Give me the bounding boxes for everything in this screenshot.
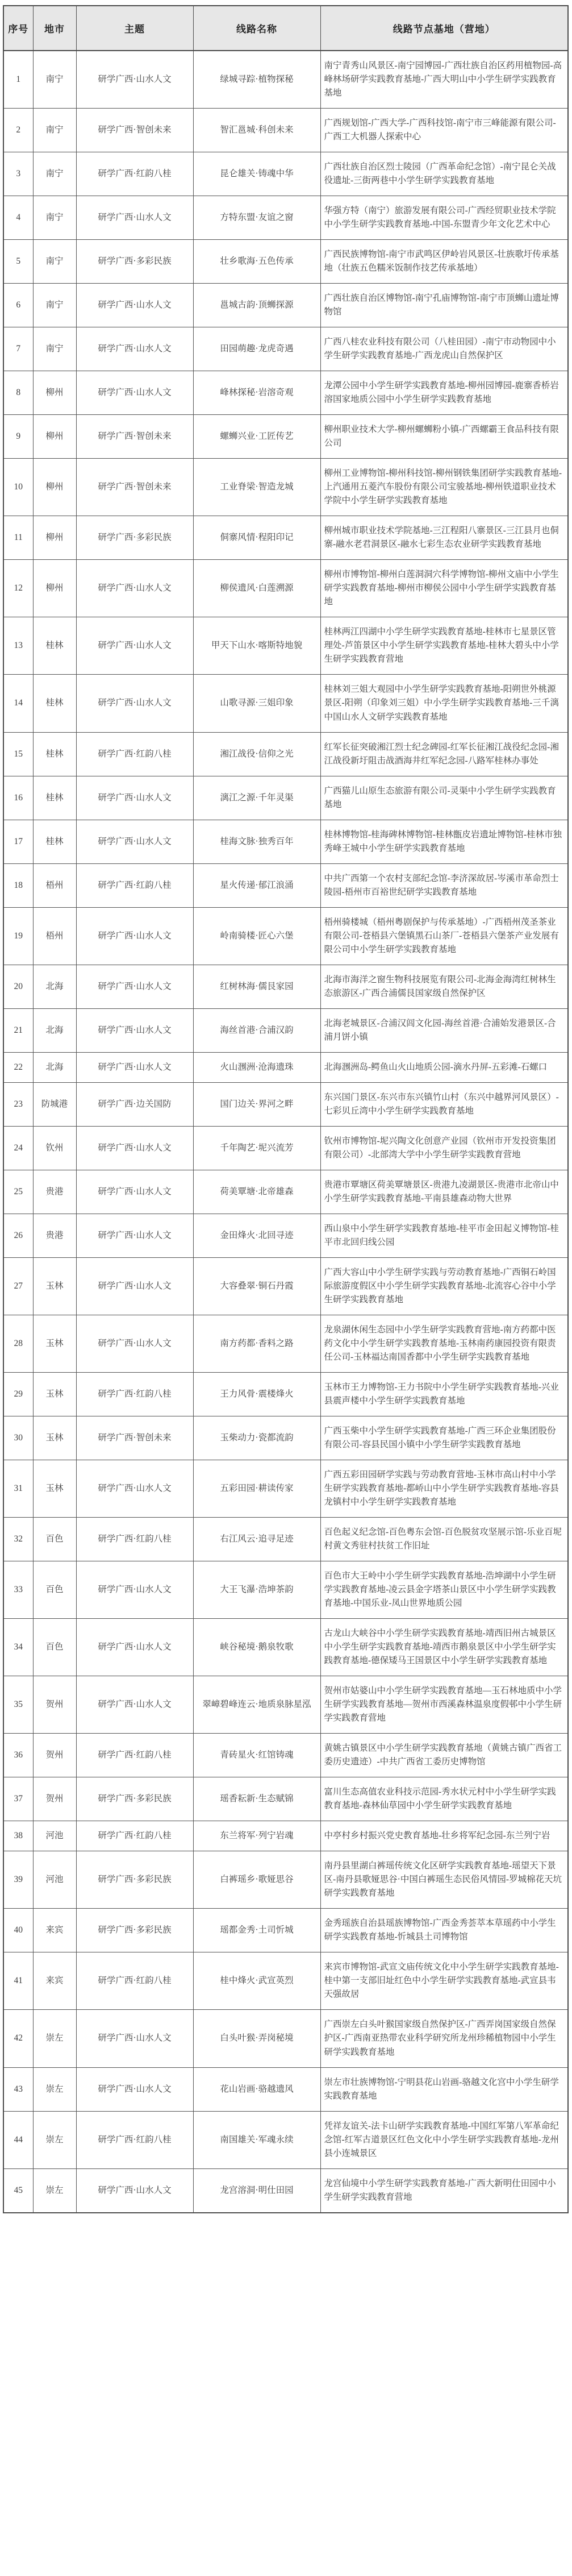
page: 序号 地市 主题 线路名称 线路节点基地（营地） 1 南宁 研学广西·山水人文 … [0, 0, 572, 2218]
bases-cell: 柳州市博物馆-柳州白莲洞洞穴科学博物馆-柳州文庙中小学生研学实践教育基地-柳州市… [320, 560, 568, 617]
bases-cell: 广西壮族自治区博物馆-南宁孔庙博物馆-南宁市顶蛳山遗址博物馆 [320, 284, 568, 327]
route-name-cell: 螺蛳兴业·工匠传艺 [193, 415, 320, 459]
theme-cell: 研学广西·山水人文 [76, 2010, 193, 2067]
city-cell: 河池 [33, 1851, 76, 1909]
row-number-cell: 45 [3, 2168, 33, 2213]
row-number-cell: 12 [3, 560, 33, 617]
column-header-theme: 主题 [76, 6, 193, 51]
table-row: 29 玉林 研学广西·红韵八桂 王力风骨·震楼烽火 玉林市王力博物馆-王力书院中… [3, 1372, 568, 1416]
route-name-cell: 瑶香耘新·生态赋锦 [193, 1777, 320, 1821]
row-number-cell: 1 [3, 51, 33, 109]
row-number-cell: 3 [3, 152, 33, 196]
city-cell: 玉林 [33, 1257, 76, 1315]
route-name-cell: 岭南骑楼·匠心六堡 [193, 907, 320, 965]
bases-cell: 广西大容山中小学生研学实践与劳动教育基地-广西铜石岭国际旅游度假区中小学生研学实… [320, 1257, 568, 1315]
bases-cell: 桂林刘三姐大观园中小学生研学实践教育基地-阳朔世外桃源景区-阳朔（印象刘三姐）中… [320, 675, 568, 732]
bases-cell: 贺州市姑婆山中小学生研学实践教育基地—玉石林地质中小学生研学实践教育基地—贺州市… [320, 1676, 568, 1734]
theme-cell: 研学广西·山水人文 [76, 1214, 193, 1257]
theme-cell: 研学广西·红韵八桂 [76, 863, 193, 907]
table-row: 37 贺州 研学广西·多彩民族 瑶香耘新·生态赋锦 富川生态高值农业科技示范园-… [3, 1777, 568, 1821]
route-name-cell: 工业脊梁·智造龙城 [193, 459, 320, 516]
theme-cell: 研学广西·红韵八桂 [76, 1518, 193, 1561]
row-number-cell: 20 [3, 965, 33, 1008]
row-number-cell: 9 [3, 415, 33, 459]
city-cell: 桂林 [33, 617, 76, 675]
route-name-cell: 右江风云·追寻足迹 [193, 1518, 320, 1561]
row-number-cell: 36 [3, 1734, 33, 1777]
table-row: 34 百色 研学广西·山水人文 峡谷秘境·鹅泉牧歌 古龙山大峡谷中小学生研学实践… [3, 1619, 568, 1676]
row-number-cell: 17 [3, 820, 33, 863]
header-row: 序号 地市 主题 线路名称 线路节点基地（营地） [3, 6, 568, 51]
route-name-cell: 王力风骨·震楼烽火 [193, 1372, 320, 1416]
theme-cell: 研学广西·边关国防 [76, 1082, 193, 1126]
row-number-cell: 43 [3, 2067, 33, 2111]
row-number-cell: 15 [3, 732, 33, 776]
route-name-cell: 玉柴动力·瓷都流韵 [193, 1416, 320, 1460]
row-number-cell: 16 [3, 776, 33, 820]
city-cell: 崇左 [33, 2111, 76, 2168]
row-number-cell: 11 [3, 516, 33, 560]
table-row: 42 崇左 研学广西·山水人文 白头叶猴·弄岗秘境 广西崇左白头叶猴国家级自然保… [3, 2010, 568, 2067]
theme-cell: 研学广西·山水人文 [76, 617, 193, 675]
table-row: 11 柳州 研学广西·多彩民族 侗寨风情·程阳印记 柳州城市职业技术学院基地-三… [3, 516, 568, 560]
theme-cell: 研学广西·山水人文 [76, 1170, 193, 1214]
route-name-cell: 智汇邕城·科创未来 [193, 109, 320, 152]
city-cell: 柳州 [33, 516, 76, 560]
table-row: 6 南宁 研学广西·山水人文 邕城古韵·顶蛳探源 广西壮族自治区博物馆-南宁孔庙… [3, 284, 568, 327]
table-row: 5 南宁 研学广西·多彩民族 壮乡歌海·五色传承 广西民族博物馆-南宁市武鸣区伊… [3, 240, 568, 284]
table-row: 4 南宁 研学广西·山水人文 方特东盟·友谊之窗 华强方特（南宁）旅游发展有限公… [3, 196, 568, 240]
table-row: 21 北海 研学广西·山水人文 海丝首港·合浦汉韵 北海老城景区-合浦汉闾文化园… [3, 1008, 568, 1052]
bases-cell: 凭祥友谊关-法卡山研学实践教育基地-中国红军第八军革命纪念馆-红军古道景区红色文… [320, 2111, 568, 2168]
theme-cell: 研学广西·智创未来 [76, 459, 193, 516]
city-cell: 南宁 [33, 152, 76, 196]
row-number-cell: 5 [3, 240, 33, 284]
row-number-cell: 38 [3, 1821, 33, 1851]
city-cell: 防城港 [33, 1082, 76, 1126]
city-cell: 南宁 [33, 196, 76, 240]
bases-cell: 广西规划馆-广西大学-广西科技馆-南宁市三峰能源有限公司-广西工大机器人探索中心 [320, 109, 568, 152]
theme-cell: 研学广西·山水人文 [76, 1619, 193, 1676]
bases-cell: 来宾市博物馆-武宣文庙传统文化中小学生研学实践教育基地-桂中第一支部旧址红色中小… [320, 1952, 568, 2010]
city-cell: 玉林 [33, 1315, 76, 1372]
city-cell: 桂林 [33, 732, 76, 776]
theme-cell: 研学广西·智创未来 [76, 415, 193, 459]
table-row: 12 柳州 研学广西·山水人文 柳侯遗风·白莲溯源 柳州市博物馆-柳州白莲洞洞穴… [3, 560, 568, 617]
city-cell: 柳州 [33, 415, 76, 459]
bases-cell: 柳州工业博物馆-柳州科技馆-柳州钢铁集团研学实践教育基地-上汽通用五菱汽车股份有… [320, 459, 568, 516]
city-cell: 柳州 [33, 371, 76, 415]
theme-cell: 研学广西·红韵八桂 [76, 1372, 193, 1416]
table-row: 33 百色 研学广西·山水人文 大王飞瀑·浩坤茶韵 百色市大王岭中小学生研学实践… [3, 1561, 568, 1619]
table-row: 3 南宁 研学广西·红韵八桂 昆仑雄关·铸魂中华 广西壮族自治区烈士陵园（广西革… [3, 152, 568, 196]
city-cell: 百色 [33, 1518, 76, 1561]
row-number-cell: 39 [3, 1851, 33, 1909]
bases-cell: 龙泉湖休闲生态园中小学生研学实践教育营地-南方药都中医药文化中小学生研学实践教育… [320, 1315, 568, 1372]
bases-cell: 广西民族博物馆-南宁市武鸣区伊岭岩风景区-壮族歌圩传承基地（壮族五色糯米饭制作技… [320, 240, 568, 284]
theme-cell: 研学广西·智创未来 [76, 109, 193, 152]
table-row: 10 柳州 研学广西·智创未来 工业脊梁·智造龙城 柳州工业博物馆-柳州科技馆-… [3, 459, 568, 516]
table-row: 9 柳州 研学广西·智创未来 螺蛳兴业·工匠传艺 柳州职业技术大学-柳州螺蛳粉小… [3, 415, 568, 459]
city-cell: 玉林 [33, 1372, 76, 1416]
route-name-cell: 柳侯遗风·白莲溯源 [193, 560, 320, 617]
bases-cell: 百色市大王岭中小学生研学实践教育基地-浩坤湖中小学生研学实践教育基地-凌云县金字… [320, 1561, 568, 1619]
city-cell: 百色 [33, 1561, 76, 1619]
theme-cell: 研学广西·多彩民族 [76, 240, 193, 284]
bases-cell: 广西壮族自治区烈士陵园（广西革命纪念馆）-南宁昆仑关战役遗址-三街两巷中小学生研… [320, 152, 568, 196]
city-cell: 南宁 [33, 284, 76, 327]
table-row: 22 北海 研学广西·山水人文 火山涠洲·沧海遗珠 北海涠洲岛-鳄鱼山火山地质公… [3, 1052, 568, 1082]
route-name-cell: 壮乡歌海·五色传承 [193, 240, 320, 284]
bases-cell: 广西五彩田园研学实践与劳动教育营地-玉林市高山村中小学生研学实践教育基地-都峤山… [320, 1460, 568, 1518]
city-cell: 柳州 [33, 459, 76, 516]
bases-cell: 桂林博物馆-桂海碑林博物馆-桂林甑皮岩遗址博物馆-桂林市独秀峰王城中小学生研学实… [320, 820, 568, 863]
row-number-cell: 22 [3, 1052, 33, 1082]
theme-cell: 研学广西·红韵八桂 [76, 1821, 193, 1851]
bases-cell: 中共广西第一个农村支部纪念馆-李济深故居-岑溪市革命烈士陵园-梧州市百裕世纪研学… [320, 863, 568, 907]
table-row: 26 贵港 研学广西·山水人文 金田烽火·北回寻迹 西山泉中小学生研学实践教育基… [3, 1214, 568, 1257]
bases-cell: 金秀瑶族自治县瑶族博物馆-广西金秀荟萃本草瑶药中小学生研学实践教育基地-忻城县土… [320, 1909, 568, 1952]
city-cell: 玉林 [33, 1416, 76, 1460]
bases-cell: 北海涠洲岛-鳄鱼山火山地质公园-滴水丹屏-五彩滩-石螺口 [320, 1052, 568, 1082]
route-name-cell: 峰林探秘·岩溶奇观 [193, 371, 320, 415]
bases-cell: 柳州职业技术大学-柳州螺蛳粉小镇-广西螺霸王食品科技有限公司 [320, 415, 568, 459]
city-cell: 梧州 [33, 907, 76, 965]
row-number-cell: 13 [3, 617, 33, 675]
theme-cell: 研学广西·山水人文 [76, 1460, 193, 1518]
route-name-cell: 南国雄关·军魂永续 [193, 2111, 320, 2168]
city-cell: 北海 [33, 1052, 76, 1082]
city-cell: 钦州 [33, 1126, 76, 1170]
city-cell: 柳州 [33, 560, 76, 617]
row-number-cell: 34 [3, 1619, 33, 1676]
bases-cell: 梧州骑楼城（梧州粤剧保护与传承基地）-广西梧州茂圣茶业有限公司-苍梧县六堡镇黑石… [320, 907, 568, 965]
table-row: 17 桂林 研学广西·山水人文 桂海文脉·独秀百年 桂林博物馆-桂海碑林博物馆-… [3, 820, 568, 863]
table-row: 25 贵港 研学广西·山水人文 荷美覃塘·北帝雄森 贵港市覃塘区荷美覃塘景区-贵… [3, 1170, 568, 1214]
theme-cell: 研学广西·智创未来 [76, 1416, 193, 1460]
city-cell: 百色 [33, 1619, 76, 1676]
row-number-cell: 7 [3, 327, 33, 371]
route-name-cell: 五彩田园·耕读传家 [193, 1460, 320, 1518]
city-cell: 北海 [33, 1008, 76, 1052]
bases-cell: 柳州城市职业技术学院基地-三江程阳八寨景区-三江县月也侗寨-融水老君洞景区-融水… [320, 516, 568, 560]
table-row: 45 崇左 研学广西·山水人文 龙宫溶洞·明仕田园 龙宫仙境中小学生研学实践教育… [3, 2168, 568, 2213]
theme-cell: 研学广西·山水人文 [76, 1052, 193, 1082]
row-number-cell: 8 [3, 371, 33, 415]
table-row: 39 河池 研学广西·多彩民族 白裤瑶乡·歌娅思谷 南丹县里湖白裤瑶传统文化区研… [3, 1851, 568, 1909]
theme-cell: 研学广西·山水人文 [76, 327, 193, 371]
row-number-cell: 32 [3, 1518, 33, 1561]
bases-cell: 北海老城景区-合浦汉闾文化园-海丝首港·合浦始发港景区-合浦月饼小镇 [320, 1008, 568, 1052]
route-name-cell: 青砖星火·红馆铸魂 [193, 1734, 320, 1777]
city-cell: 河池 [33, 1821, 76, 1851]
theme-cell: 研学广西·红韵八桂 [76, 152, 193, 196]
city-cell: 贵港 [33, 1214, 76, 1257]
route-name-cell: 湘江战役·信仰之光 [193, 732, 320, 776]
route-name-cell: 侗寨风情·程阳印记 [193, 516, 320, 560]
bases-cell: 北海市海洋之窗生物科技展览有限公司-北海金海湾红树林生态旅游区-广西合浦儒艮国家… [320, 965, 568, 1008]
table-row: 32 百色 研学广西·红韵八桂 右江风云·追寻足迹 百色起义纪念馆-百色粤东会馆… [3, 1518, 568, 1561]
route-name-cell: 绿城寻踪·植物探秘 [193, 51, 320, 109]
theme-cell: 研学广西·山水人文 [76, 284, 193, 327]
theme-cell: 研学广西·多彩民族 [76, 1909, 193, 1952]
row-number-cell: 42 [3, 2010, 33, 2067]
route-name-cell: 甲天下山水·喀斯特地貌 [193, 617, 320, 675]
table-row: 28 玉林 研学广西·山水人文 南方药都·香料之路 龙泉湖休闲生态园中小学生研学… [3, 1315, 568, 1372]
row-number-cell: 14 [3, 675, 33, 732]
city-cell: 贺州 [33, 1734, 76, 1777]
city-cell: 南宁 [33, 109, 76, 152]
row-number-cell: 31 [3, 1460, 33, 1518]
city-cell: 贺州 [33, 1676, 76, 1734]
city-cell: 贵港 [33, 1170, 76, 1214]
city-cell: 崇左 [33, 2010, 76, 2067]
route-name-cell: 瑶都金秀·土司忻城 [193, 1909, 320, 1952]
column-header-route: 线路名称 [193, 6, 320, 51]
table-row: 7 南宁 研学广西·山水人文 田园萌趣·龙虎奇遇 广西八桂农业科技有限公司（八桂… [3, 327, 568, 371]
city-cell: 来宾 [33, 1909, 76, 1952]
route-name-cell: 龙宫溶洞·明仕田园 [193, 2168, 320, 2213]
city-cell: 崇左 [33, 2067, 76, 2111]
city-cell: 南宁 [33, 327, 76, 371]
bases-cell: 古龙山大峡谷中小学生研学实践教育基地-靖西旧州古城景区中小学生研学实践教育基地-… [320, 1619, 568, 1676]
route-name-cell: 东兰将军·列宁岩魂 [193, 1821, 320, 1851]
city-cell: 南宁 [33, 240, 76, 284]
route-name-cell: 红树林海·儒艮家园 [193, 965, 320, 1008]
bases-cell: 东兴国门景区-东兴市东兴镇竹山村（东兴中越界河风景区）-七彩贝丘湾中小学生研学实… [320, 1082, 568, 1126]
route-name-cell: 桂中烽火·武宣英烈 [193, 1952, 320, 2010]
route-name-cell: 千年陶艺·坭兴流芳 [193, 1126, 320, 1170]
bases-cell: 广西崇左白头叶猴国家级自然保护区-广西弄岗国家级自然保护区-广西南亚热带农业科学… [320, 2010, 568, 2067]
row-number-cell: 10 [3, 459, 33, 516]
row-number-cell: 28 [3, 1315, 33, 1372]
route-name-cell: 大王飞瀑·浩坤茶韵 [193, 1561, 320, 1619]
theme-cell: 研学广西·多彩民族 [76, 1851, 193, 1909]
column-header-no: 序号 [3, 6, 33, 51]
row-number-cell: 27 [3, 1257, 33, 1315]
row-number-cell: 37 [3, 1777, 33, 1821]
theme-cell: 研学广西·山水人文 [76, 1315, 193, 1372]
table-row: 41 来宾 研学广西·红韵八桂 桂中烽火·武宣英烈 来宾市博物馆-武宣文庙传统文… [3, 1952, 568, 2010]
table-row: 19 梧州 研学广西·山水人文 岭南骑楼·匠心六堡 梧州骑楼城（梧州粤剧保护与传… [3, 907, 568, 965]
theme-cell: 研学广西·多彩民族 [76, 1777, 193, 1821]
theme-cell: 研学广西·山水人文 [76, 1676, 193, 1734]
bases-cell: 黄姚古镇景区中小学生研学实践教育基地（黄姚古镇广西省工委历史遗迹）-中共广西省工… [320, 1734, 568, 1777]
route-name-cell: 金田烽火·北回寻迹 [193, 1214, 320, 1257]
row-number-cell: 4 [3, 196, 33, 240]
theme-cell: 研学广西·多彩民族 [76, 516, 193, 560]
route-name-cell: 漓江之源·千年灵渠 [193, 776, 320, 820]
theme-cell: 研学广西·山水人文 [76, 51, 193, 109]
route-name-cell: 翠嶂碧峰连云·地质泉脉星泓 [193, 1676, 320, 1734]
row-number-cell: 18 [3, 863, 33, 907]
theme-cell: 研学广西·山水人文 [76, 1257, 193, 1315]
bases-cell: 龙潭公园中小学生研学实践教育基地-柳州园博园-鹿寨香桥岩溶国家地质公园中小学生研… [320, 371, 568, 415]
table-row: 27 玉林 研学广西·山水人文 大容叠翠·铜石丹霞 广西大容山中小学生研学实践与… [3, 1257, 568, 1315]
route-name-cell: 昆仑雄关·铸魂中华 [193, 152, 320, 196]
theme-cell: 研学广西·山水人文 [76, 820, 193, 863]
theme-cell: 研学广西·红韵八桂 [76, 732, 193, 776]
bases-cell: 贵港市覃塘区荷美覃塘景区-贵港九凌湖景区-贵港市北帝山中小学生研学实践教育基地-… [320, 1170, 568, 1214]
route-name-cell: 田园萌趣·龙虎奇遇 [193, 327, 320, 371]
column-header-city: 地市 [33, 6, 76, 51]
city-cell: 北海 [33, 965, 76, 1008]
table-row: 44 崇左 研学广西·红韵八桂 南国雄关·军魂永续 凭祥友谊关-法卡山研学实践教… [3, 2111, 568, 2168]
row-number-cell: 26 [3, 1214, 33, 1257]
row-number-cell: 41 [3, 1952, 33, 2010]
theme-cell: 研学广西·红韵八桂 [76, 1952, 193, 2010]
route-name-cell: 火山涠洲·沧海遗珠 [193, 1052, 320, 1082]
bases-cell: 龙宫仙境中小学生研学实践教育基地-广西大新明仕田园中小学生研学实践教育营地 [320, 2168, 568, 2213]
study-routes-table: 序号 地市 主题 线路名称 线路节点基地（营地） 1 南宁 研学广西·山水人文 … [3, 5, 569, 2213]
route-name-cell: 山歌寻源·三姐印象 [193, 675, 320, 732]
city-cell: 桂林 [33, 675, 76, 732]
row-number-cell: 21 [3, 1008, 33, 1052]
table-header: 序号 地市 主题 线路名称 线路节点基地（营地） [3, 6, 568, 51]
route-name-cell: 大容叠翠·铜石丹霞 [193, 1257, 320, 1315]
table-row: 35 贺州 研学广西·山水人文 翠嶂碧峰连云·地质泉脉星泓 贺州市姑婆山中小学生… [3, 1676, 568, 1734]
row-number-cell: 25 [3, 1170, 33, 1214]
theme-cell: 研学广西·山水人文 [76, 1126, 193, 1170]
table-body: 1 南宁 研学广西·山水人文 绿城寻踪·植物探秘 南宁青秀山风景区-南宁园博园-… [3, 51, 568, 2213]
bases-cell: 华强方特（南宁）旅游发展有限公司-广西经贸职业技术学院中小学生研学实践教育基地-… [320, 196, 568, 240]
theme-cell: 研学广西·山水人文 [76, 965, 193, 1008]
bases-cell: 南宁青秀山风景区-南宁园博园-广西壮族自治区药用植物园-高峰林场研学实践教育基地… [320, 51, 568, 109]
table-row: 8 柳州 研学广西·山水人文 峰林探秘·岩溶奇观 龙潭公园中小学生研学实践教育基… [3, 371, 568, 415]
theme-cell: 研学广西·山水人文 [76, 560, 193, 617]
city-cell: 桂林 [33, 820, 76, 863]
theme-cell: 研学广西·山水人文 [76, 371, 193, 415]
table-row: 18 梧州 研学广西·红韵八桂 星火传递·郁江浪涌 中共广西第一个农村支部纪念馆… [3, 863, 568, 907]
theme-cell: 研学广西·山水人文 [76, 907, 193, 965]
theme-cell: 研学广西·山水人文 [76, 1008, 193, 1052]
city-cell: 桂林 [33, 776, 76, 820]
bases-cell: 桂林两江四湖中小学生研学实践教育基地-桂林市七星景区管理处-芦笛景区中小学生研学… [320, 617, 568, 675]
route-name-cell: 荷美覃塘·北帝雄森 [193, 1170, 320, 1214]
theme-cell: 研学广西·山水人文 [76, 2168, 193, 2213]
table-row: 13 桂林 研学广西·山水人文 甲天下山水·喀斯特地貌 桂林两江四湖中小学生研学… [3, 617, 568, 675]
route-name-cell: 国门边关·界河之畔 [193, 1082, 320, 1126]
bases-cell: 百色起义纪念馆-百色粤东会馆-百色脱贫攻坚展示馆-乐业百坭村黄文秀驻村扶贫工作旧… [320, 1518, 568, 1561]
table-row: 14 桂林 研学广西·山水人文 山歌寻源·三姐印象 桂林刘三姐大观园中小学生研学… [3, 675, 568, 732]
table-row: 24 钦州 研学广西·山水人文 千年陶艺·坭兴流芳 钦州市博物馆-坭兴陶文化创意… [3, 1126, 568, 1170]
row-number-cell: 30 [3, 1416, 33, 1460]
theme-cell: 研学广西·山水人文 [76, 2067, 193, 2111]
column-header-bases: 线路节点基地（营地） [320, 6, 568, 51]
table-row: 23 防城港 研学广西·边关国防 国门边关·界河之畔 东兴国门景区-东兴市东兴镇… [3, 1082, 568, 1126]
table-row: 36 贺州 研学广西·红韵八桂 青砖星火·红馆铸魂 黄姚古镇景区中小学生研学实践… [3, 1734, 568, 1777]
row-number-cell: 35 [3, 1676, 33, 1734]
table-row: 15 桂林 研学广西·红韵八桂 湘江战役·信仰之光 红军长征突破湘江烈士纪念碑园… [3, 732, 568, 776]
city-cell: 玉林 [33, 1460, 76, 1518]
city-cell: 崇左 [33, 2168, 76, 2213]
theme-cell: 研学广西·红韵八桂 [76, 1734, 193, 1777]
table-row: 20 北海 研学广西·山水人文 红树林海·儒艮家园 北海市海洋之窗生物科技展览有… [3, 965, 568, 1008]
row-number-cell: 40 [3, 1909, 33, 1952]
row-number-cell: 2 [3, 109, 33, 152]
route-name-cell: 峡谷秘境·鹅泉牧歌 [193, 1619, 320, 1676]
theme-cell: 研学广西·山水人文 [76, 776, 193, 820]
bases-cell: 广西八桂农业科技有限公司（八桂田园）-南宁市动物园中小学生研学实践教育基地-广西… [320, 327, 568, 371]
route-name-cell: 邕城古韵·顶蛳探源 [193, 284, 320, 327]
table-row: 40 来宾 研学广西·多彩民族 瑶都金秀·土司忻城 金秀瑶族自治县瑶族博物馆-广… [3, 1909, 568, 1952]
city-cell: 梧州 [33, 863, 76, 907]
bases-cell: 富川生态高值农业科技示范园-秀水状元村中小学生研学实践教育基地-森林仙草园中小学… [320, 1777, 568, 1821]
bases-cell: 玉林市王力博物馆-王力书院中小学生研学实践教育基地-兴业县震声楼中小学生研学实践… [320, 1372, 568, 1416]
row-number-cell: 33 [3, 1561, 33, 1619]
bases-cell: 崇左市壮族博物馆-宁明县花山岩画-骆越文化宫中小学生研学实践教育基地 [320, 2067, 568, 2111]
row-number-cell: 23 [3, 1082, 33, 1126]
table-row: 2 南宁 研学广西·智创未来 智汇邕城·科创未来 广西规划馆-广西大学-广西科技… [3, 109, 568, 152]
bases-cell: 广西玉柴中小学生研学实践教育基地-广西三环企业集团股份有限公司-容县民国小镇中小… [320, 1416, 568, 1460]
route-name-cell: 海丝首港·合浦汉韵 [193, 1008, 320, 1052]
city-cell: 来宾 [33, 1952, 76, 2010]
theme-cell: 研学广西·山水人文 [76, 1561, 193, 1619]
route-name-cell: 南方药都·香料之路 [193, 1315, 320, 1372]
bases-cell: 南丹县里湖白裤瑶传统文化区研学实践教育基地-瑶望天下景区-南丹县歌娅思谷·中国白… [320, 1851, 568, 1909]
bases-cell: 西山泉中小学生研学实践教育基地-桂平市金田起义博物馆-桂平市北回归线公园 [320, 1214, 568, 1257]
table-row: 30 玉林 研学广西·智创未来 玉柴动力·瓷都流韵 广西玉柴中小学生研学实践教育… [3, 1416, 568, 1460]
row-number-cell: 24 [3, 1126, 33, 1170]
row-number-cell: 6 [3, 284, 33, 327]
bases-cell: 红军长征突破湘江烈士纪念碑园-红军长征湘江战役纪念园-湘江战役新圩阻击战酒海井红… [320, 732, 568, 776]
theme-cell: 研学广西·山水人文 [76, 196, 193, 240]
bases-cell: 中亭村乡村振兴党史教育基地-壮乡将军纪念园-东兰列宁岩 [320, 1821, 568, 1851]
bases-cell: 钦州市博物馆-坭兴陶文化创意产业园（钦州市开发投资集团有限公司）-北部湾大学中小… [320, 1126, 568, 1170]
row-number-cell: 29 [3, 1372, 33, 1416]
table-row: 31 玉林 研学广西·山水人文 五彩田园·耕读传家 广西五彩田园研学实践与劳动教… [3, 1460, 568, 1518]
theme-cell: 研学广西·山水人文 [76, 675, 193, 732]
route-name-cell: 桂海文脉·独秀百年 [193, 820, 320, 863]
bases-cell: 广西猫儿山原生态旅游有限公司-灵渠中小学生研学实践教育基地 [320, 776, 568, 820]
route-name-cell: 星火传递·郁江浪涌 [193, 863, 320, 907]
route-name-cell: 花山岩画·骆越遗风 [193, 2067, 320, 2111]
city-cell: 南宁 [33, 51, 76, 109]
row-number-cell: 44 [3, 2111, 33, 2168]
table-row: 38 河池 研学广西·红韵八桂 东兰将军·列宁岩魂 中亭村乡村振兴党史教育基地-… [3, 1821, 568, 1851]
city-cell: 贺州 [33, 1777, 76, 1821]
table-row: 1 南宁 研学广西·山水人文 绿城寻踪·植物探秘 南宁青秀山风景区-南宁园博园-… [3, 51, 568, 109]
route-name-cell: 方特东盟·友谊之窗 [193, 196, 320, 240]
route-name-cell: 白裤瑶乡·歌娅思谷 [193, 1851, 320, 1909]
theme-cell: 研学广西·红韵八桂 [76, 2111, 193, 2168]
table-row: 43 崇左 研学广西·山水人文 花山岩画·骆越遗风 崇左市壮族博物馆-宁明县花山… [3, 2067, 568, 2111]
row-number-cell: 19 [3, 907, 33, 965]
table-row: 16 桂林 研学广西·山水人文 漓江之源·千年灵渠 广西猫儿山原生态旅游有限公司… [3, 776, 568, 820]
route-name-cell: 白头叶猴·弄岗秘境 [193, 2010, 320, 2067]
